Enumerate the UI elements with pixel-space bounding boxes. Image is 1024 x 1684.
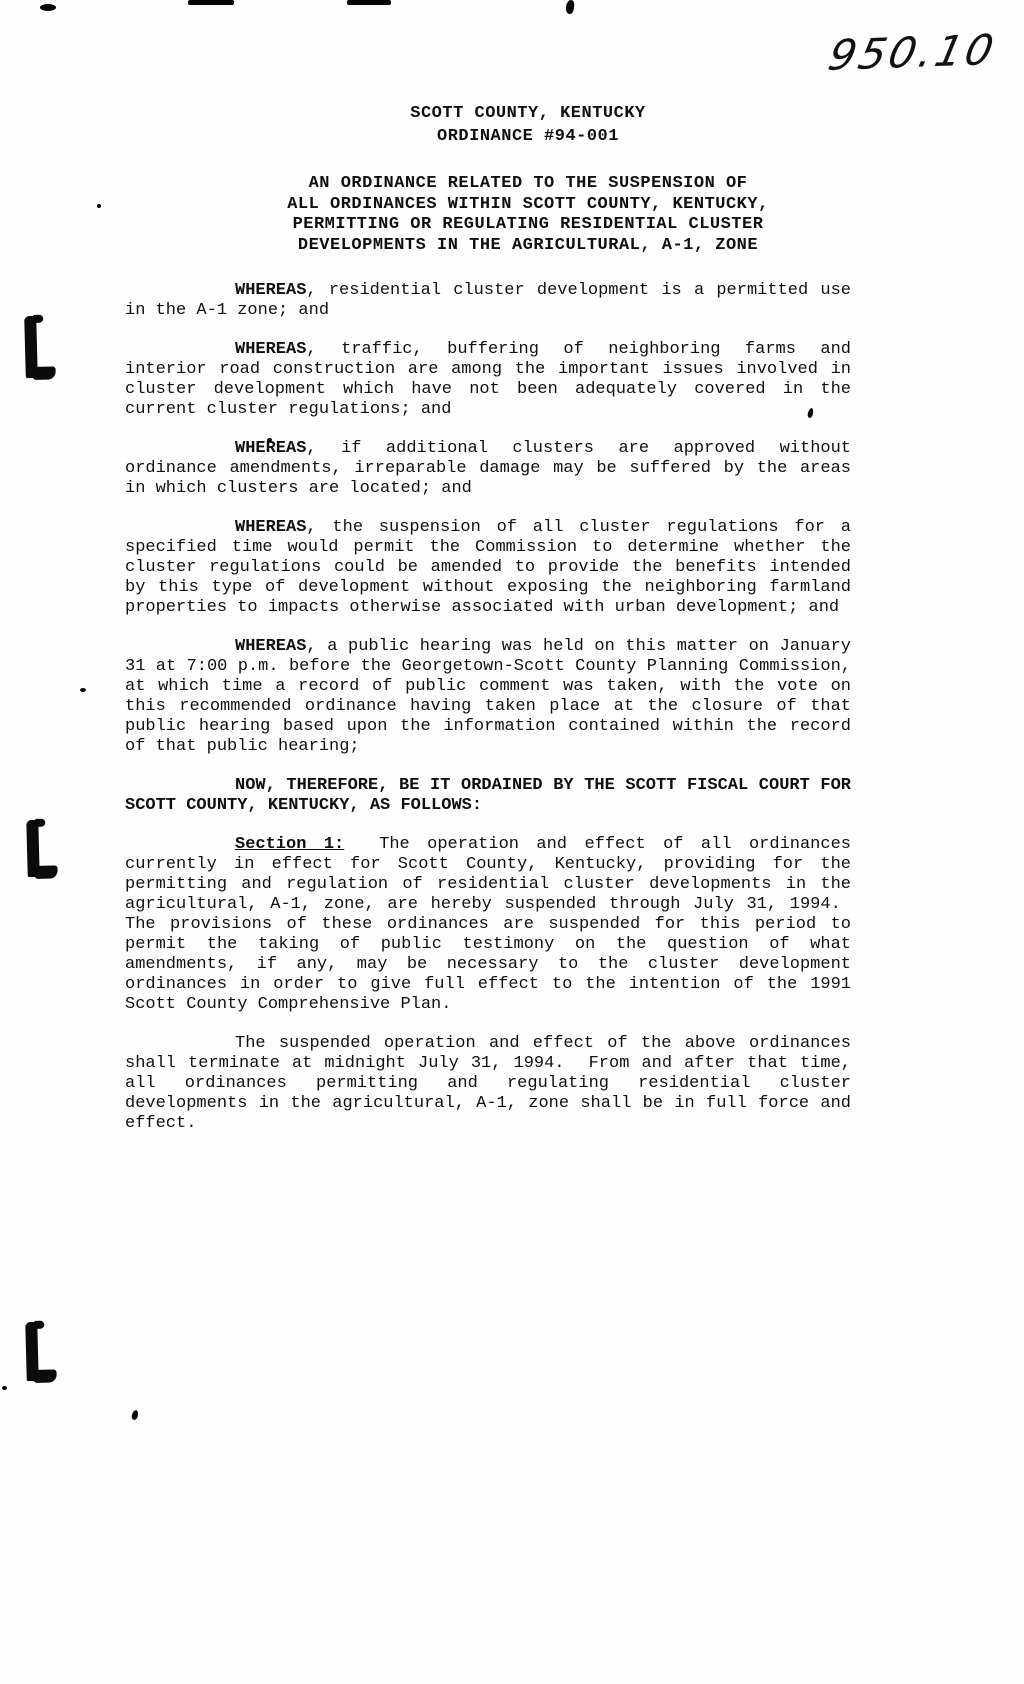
paragraph-text: The suspended operation and effect of th… — [125, 1034, 851, 1133]
title-line-2: ALL ORDINANCES WITHIN SCOTT COUNTY, KENT… — [165, 195, 891, 216]
paragraph-whereas-2: WHEREAS, traffic, buffering of neighbori… — [125, 340, 851, 420]
whereas-keyword: WHEREAS — [235, 281, 306, 300]
paragraph-whereas-3: WHEREAS, if additional clusters are appr… — [125, 439, 851, 499]
scan-artifact — [131, 1409, 140, 1420]
scan-artifact — [40, 4, 56, 11]
paragraph-whereas-4: WHEREAS, the suspension of all cluster r… — [125, 518, 851, 618]
handwritten-file-number: 950.10 — [824, 25, 1001, 80]
scan-artifact — [565, 0, 575, 14]
scan-artifact — [2, 1386, 7, 1390]
document-content: SCOTT COUNTY, KENTUCKY ORDINANCE #94-001… — [125, 102, 851, 1134]
paragraph-whereas-5: WHEREAS, a public hearing was held on th… — [125, 637, 851, 757]
paragraph-text: , residential cluster development is a p… — [125, 281, 851, 320]
title-line-1: AN ORDINANCE RELATED TO THE SUSPENSION O… — [165, 174, 891, 195]
paragraph-whereas-1: WHEREAS, residential cluster development… — [125, 281, 851, 321]
scan-artifact — [80, 688, 86, 692]
paragraph-termination: The suspended operation and effect of th… — [125, 1034, 851, 1134]
paragraph-text: NOW, THEREFORE, BE IT ORDAINED BY THE SC… — [125, 776, 851, 815]
paragraph-enactment-clause: NOW, THEREFORE, BE IT ORDAINED BY THE SC… — [125, 776, 851, 816]
margin-bracket-mark — [24, 316, 38, 378]
paragraph-text: , traffic, buffering of neighboring farm… — [125, 340, 851, 419]
header-county-line: SCOTT COUNTY, KENTUCKY — [165, 102, 891, 125]
paragraph-text: , if additional clusters are approved wi… — [125, 439, 851, 498]
document-header: SCOTT COUNTY, KENTUCKY ORDINANCE #94-001 — [165, 102, 891, 148]
margin-bracket-mark — [25, 1322, 39, 1381]
scan-artifact — [188, 0, 234, 5]
whereas-keyword: WHEREAS — [235, 439, 306, 458]
whereas-keyword: WHEREAS — [235, 340, 306, 359]
paragraph-text: , the suspension of all cluster regulati… — [125, 518, 851, 617]
margin-bracket-mark — [26, 820, 39, 877]
paragraph-text: The operation and effect of all ordinanc… — [125, 835, 851, 1014]
section-1-heading: Section 1: — [235, 835, 344, 854]
title-line-3: PERMITTING OR REGULATING RESIDENTIAL CLU… — [165, 215, 891, 236]
header-ordinance-number: ORDINANCE #94-001 — [165, 125, 891, 148]
whereas-keyword: WHEREAS — [235, 637, 306, 656]
ordinance-title: AN ORDINANCE RELATED TO THE SUSPENSION O… — [165, 174, 891, 256]
scan-artifact — [97, 204, 101, 208]
paragraph-section-1: Section 1: The operation and effect of a… — [125, 835, 851, 1015]
whereas-keyword: WHEREAS — [235, 518, 306, 537]
title-line-4: DEVELOPMENTS IN THE AGRICULTURAL, A-1, Z… — [165, 236, 891, 257]
scanned-document-page: 950.10 SCOTT COUNTY, KENTUCKY ORDINANCE … — [0, 0, 1024, 1684]
paragraph-text: , a public hearing was held on this matt… — [125, 637, 851, 756]
scan-artifact — [347, 0, 391, 5]
